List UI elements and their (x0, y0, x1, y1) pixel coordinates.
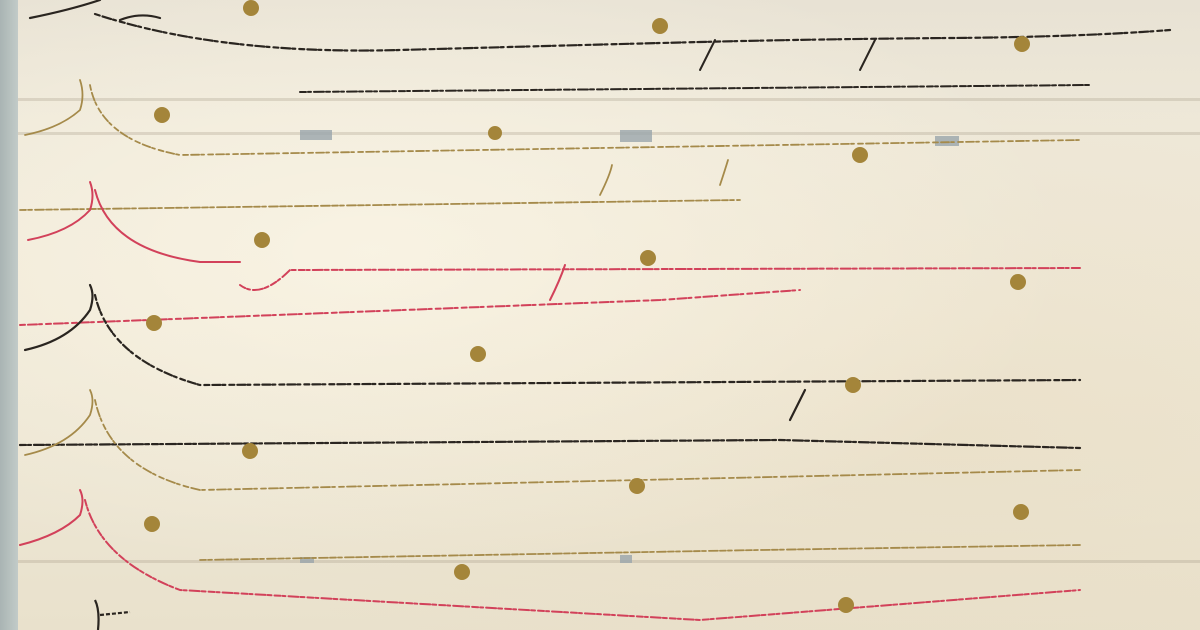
script-line-black-3 (95, 600, 130, 630)
script-line-gold-1 (20, 80, 1080, 210)
script-line-red-2 (20, 490, 1080, 620)
tape-patches (300, 130, 959, 563)
script-line-gold-2 (25, 390, 1080, 560)
gold-dot-ornaments (144, 0, 1030, 613)
manuscript-photo (0, 0, 1200, 630)
calligraphy-layer (0, 0, 1200, 630)
script-line-black-1 (30, 0, 1170, 51)
script-line-black-2 (20, 285, 1080, 448)
